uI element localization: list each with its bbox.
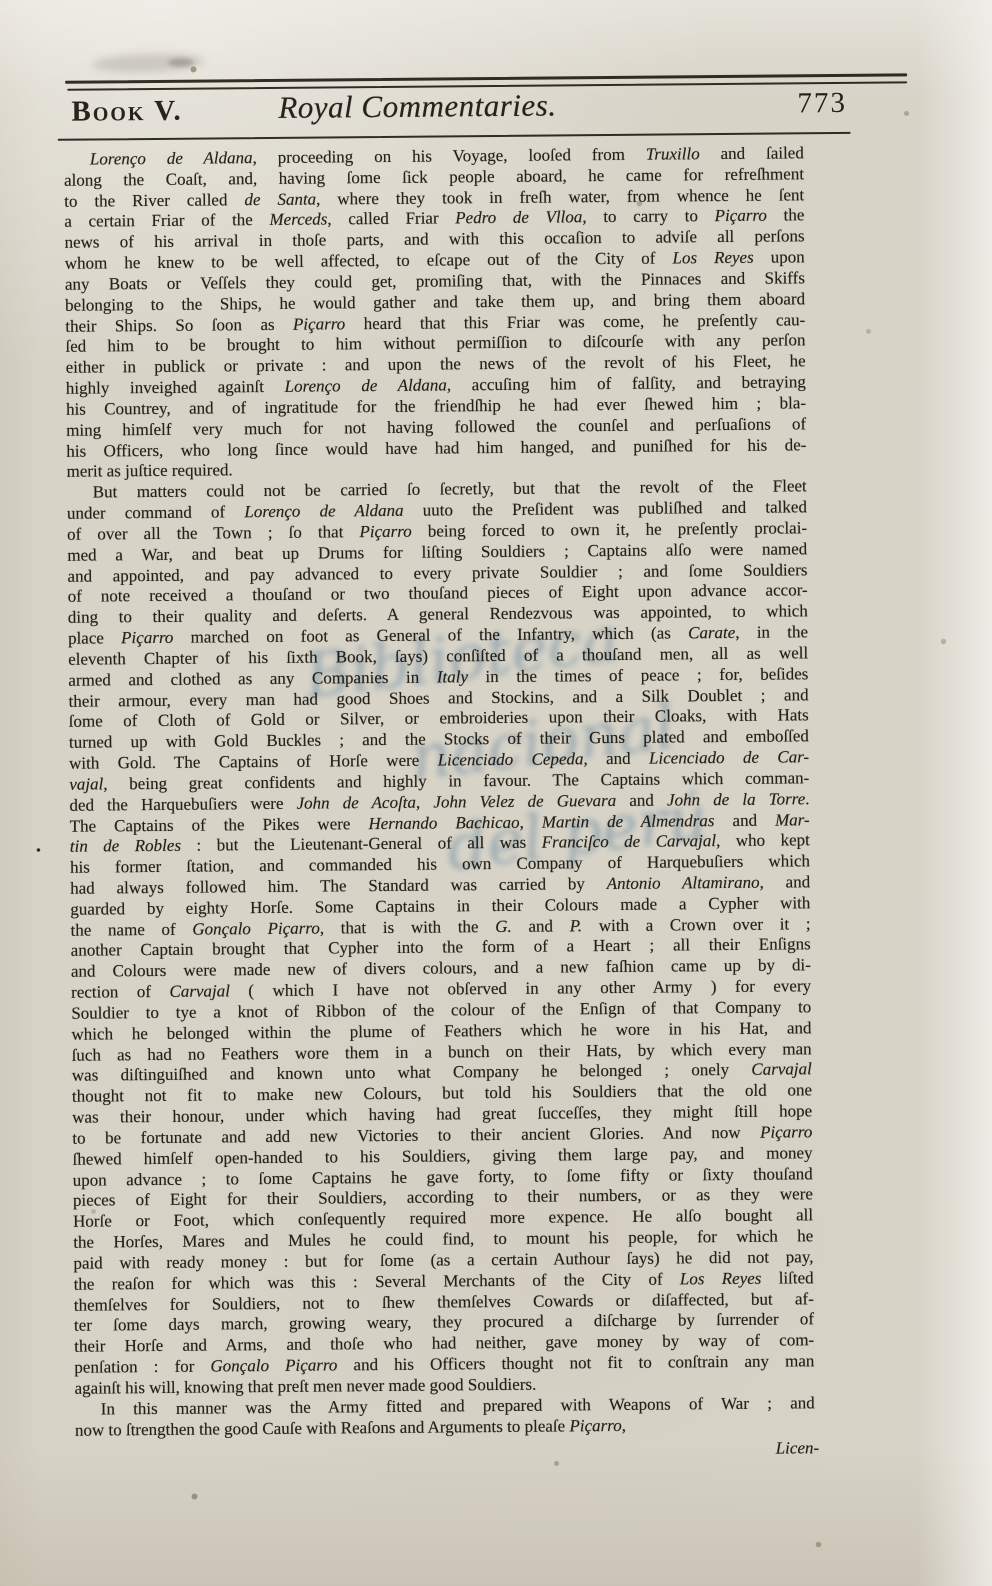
body-text-block: Lorenço de Aldana, proceeding on his Voy… [64, 143, 815, 1441]
catchword: Licen- [707, 1438, 819, 1459]
book-page-scan: Biblioteca nacional del perú Book V. Roy… [0, 0, 992, 1586]
page-number: 773 [797, 87, 847, 120]
margin-note-bullet: • [36, 843, 41, 860]
page-title: Royal Commentaries. [278, 87, 556, 125]
running-header: Book V. Royal Commentaries. 773 [0, 84, 988, 139]
book-label: Book V. [71, 95, 182, 129]
page-content: Book V. Royal Commentaries. 773 Lorenço … [0, 0, 992, 1586]
